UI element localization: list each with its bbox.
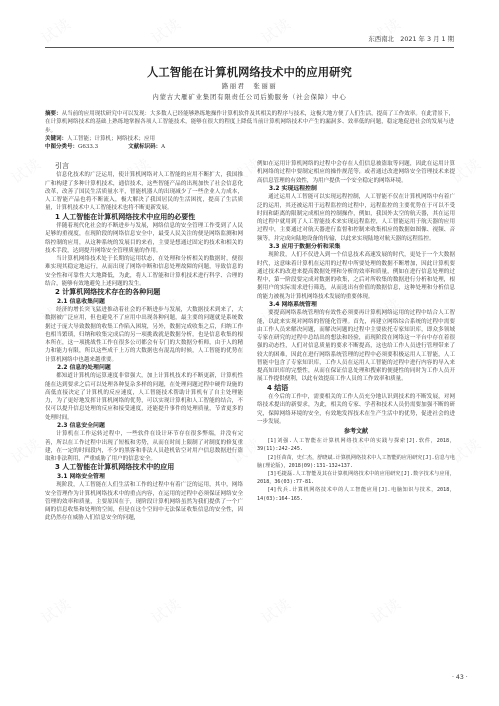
section-3-2-paragraph: 通过运用人工智能可以实现远程控制，人工智能不仅在计算机网络中有着广泛的运用，其还… xyxy=(257,193,455,243)
article-title: 人工智能在计算机网络技术中的应用研究 xyxy=(0,64,499,80)
right-column: 例如在运用计算机网络的过程中会存在人们信息被盗取等问题，因此在运用计算机网络的过… xyxy=(257,160,455,503)
abstract-text: 从当前的应用现状研究中可以发现：大多数人已经能够熟练地操作计算机软件及其相关的程… xyxy=(45,111,454,134)
reference-item: [3]毛捷磊.人工智能及其在计算机网络技术中的应用研究[J].数字技术与应用，2… xyxy=(257,470,455,486)
section-3-2-heading: 3.2 实现远程控制 xyxy=(269,185,455,194)
section-3-3-heading: 3.3 应用于数据分析和采集 xyxy=(269,243,455,252)
section-3-1-heading: 3.1 网络安全管理 xyxy=(57,473,243,482)
author-affiliation: 内蒙古大雁矿业集团有限责任公司后勤服务（社会保障）中心 xyxy=(0,92,499,101)
keywords-text: 人工智能；计算机；网络技术；应用 xyxy=(67,136,155,142)
section-3-1-continued: 例如在运用计算机网络的过程中会存在人们信息被盗取等问题，因此在运用计算机网络的过… xyxy=(257,160,455,185)
abstract-block: 摘要：从当前的应用现状研究中可以发现：大多数人已经能够熟练地操作计算机软件及其相… xyxy=(45,110,454,151)
section-3-heading: 3 人工智能在计算机网络技术中的应用 xyxy=(55,463,243,473)
section-2-3-paragraph: 计算机在工作运转过程中，一些软件在设计环节存在很多弊端，并没有完善，所以在工作过… xyxy=(45,430,243,463)
keywords: 关键词：人工智能；计算机；网络技术；应用 xyxy=(45,135,454,143)
section-2-3-heading: 2.3 信息安全问题 xyxy=(57,422,243,431)
doc-code-value: A xyxy=(161,144,165,150)
clc-label: 中图分类号： xyxy=(45,144,78,150)
section-3-4-paragraph: 要提高网络系统管理的有效性必须要再计算机网络运用的过程中结合人工智能，以此来实现… xyxy=(257,309,455,383)
section-1-paragraph-1: 伴随着现代化社会的不断进步与发展，网络信息的安全管理工作受到了人民足够的重视度，… xyxy=(45,222,243,255)
section-2-1-paragraph: 经济的增长突飞猛进推动着社会的不断进步与发展，大数据技术到来了，大数据被广泛应用… xyxy=(45,306,243,364)
reference-item: [2]任苗苗，史仁杰，舒晓斌.计算机网络技术中人工智能的应用研究[J].信息与电… xyxy=(257,454,455,470)
section-2-1-heading: 2.1 信息收集问题 xyxy=(57,298,243,307)
section-3-1-paragraph: 现阶段，人工智能在人们生活和工作的过程中有着广泛的运用，其中，网络安全管理作为计… xyxy=(45,481,243,522)
section-3-3-paragraph: 现阶段，人们不仅进入到一个信息技术高速发展的时代，更处于一个大数据时代，这意味着… xyxy=(257,251,455,301)
page-number: · 43 · xyxy=(452,674,468,681)
section-1-heading: 1 人工智能在计算机网络技术中应用的必要性 xyxy=(55,213,243,223)
intro-paragraph: 信息化技术的广泛运用，使计算机网络对人工智能的应用不断扩大，我国推广和构建了多种… xyxy=(45,171,243,212)
clc-value: G633.3 xyxy=(78,144,98,150)
left-column: 引言 信息化技术的广泛运用，使计算机网络对人工智能的应用不断扩大，我国推广和构建… xyxy=(45,160,243,523)
section-2-heading: 2 计算机网络技术存在的各种问题 xyxy=(55,288,243,298)
classification-line: 中图分类号：G633.3文献标识码：A xyxy=(45,143,454,151)
references-heading: 参考文献 xyxy=(257,428,455,436)
section-2-2-paragraph: 都知道计算机的运算速度非常强大，加上计算机技术的不断更新，计算机性能在达到要求之… xyxy=(45,372,243,422)
abstract: 摘要：从当前的应用现状研究中可以发现：大多数人已经能够熟练地操作计算机软件及其相… xyxy=(45,110,454,135)
journal-issue: 东西南北 2021 年 3 月 1 期 xyxy=(368,34,454,43)
abstract-label: 摘要： xyxy=(45,111,62,117)
doc-code-label: 文献标识码： xyxy=(128,144,161,150)
intro-heading: 引言 xyxy=(55,162,243,170)
keywords-label: 关键词： xyxy=(45,136,67,142)
running-header: 东西南北 2021 年 3 月 1 期 xyxy=(45,35,454,48)
journal-page: 东西南北 2021 年 3 月 1 期 人工智能在计算机网络技术中的应用研究 路… xyxy=(0,0,499,706)
reference-item: [1]刘强.人工智能在计算机网络技术中的实践与探索[J].软件，2018，39(… xyxy=(257,437,455,453)
section-2-2-heading: 2.2 信息的处理问题 xyxy=(57,364,243,373)
conclusion-paragraph: 在今后的工作中，需要相关的工作人员充分地认识到技术的不断发展，对网络技术提出的新… xyxy=(257,393,455,426)
section-3-4-heading: 3.4 网络系统管理 xyxy=(269,301,455,310)
reference-item: [4]代兵.计算机网络技术中的人工智能应用[J].电脑知识与技术，2018，14… xyxy=(257,486,455,502)
section-1-paragraph-2: 当计算机网络技术处于长期的运用状态，在处理和分析相关的数据时，便很难实现其稳定地… xyxy=(45,255,243,288)
conclusion-heading: 4 结语 xyxy=(267,384,455,394)
article-authors: 路丽君 张丽丽 xyxy=(0,81,499,90)
